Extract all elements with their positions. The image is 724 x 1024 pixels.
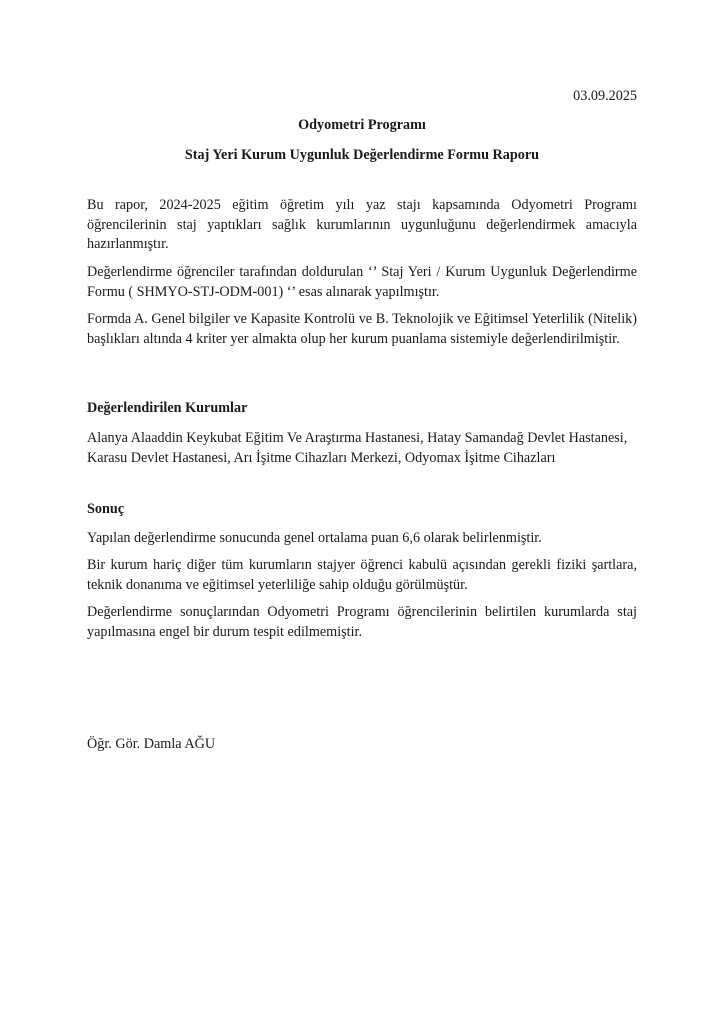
intro-paragraph-2: Değerlendirme öğrenciler tarafından dold… [87,263,637,302]
intro-paragraph-3: Formda A. Genel bilgiler ve Kapasite Kon… [87,310,637,349]
result-paragraph-3: Değerlendirme sonuçlarından Odyometri Pr… [87,603,637,642]
institutions-list: Alanya Alaaddin Keykubat Eğitim Ve Araşt… [87,429,637,468]
signature-name: Öğr. Gör. Damla AĞU [87,736,215,753]
result-paragraph-1: Yapılan değerlendirme sonucunda genel or… [87,529,637,549]
report-date: 03.09.2025 [573,88,637,105]
result-heading: Sonuç [87,501,124,518]
intro-paragraph-1: Bu rapor, 2024-2025 eğitim öğretim yılı … [87,196,637,255]
report-title: Staj Yeri Kurum Uygunluk Değerlendirme F… [87,147,637,164]
program-title: Odyometri Programı [87,117,637,134]
result-paragraph-2: Bir kurum hariç diğer tüm kurumların sta… [87,556,637,595]
institutions-heading: Değerlendirilen Kurumlar [87,400,247,417]
